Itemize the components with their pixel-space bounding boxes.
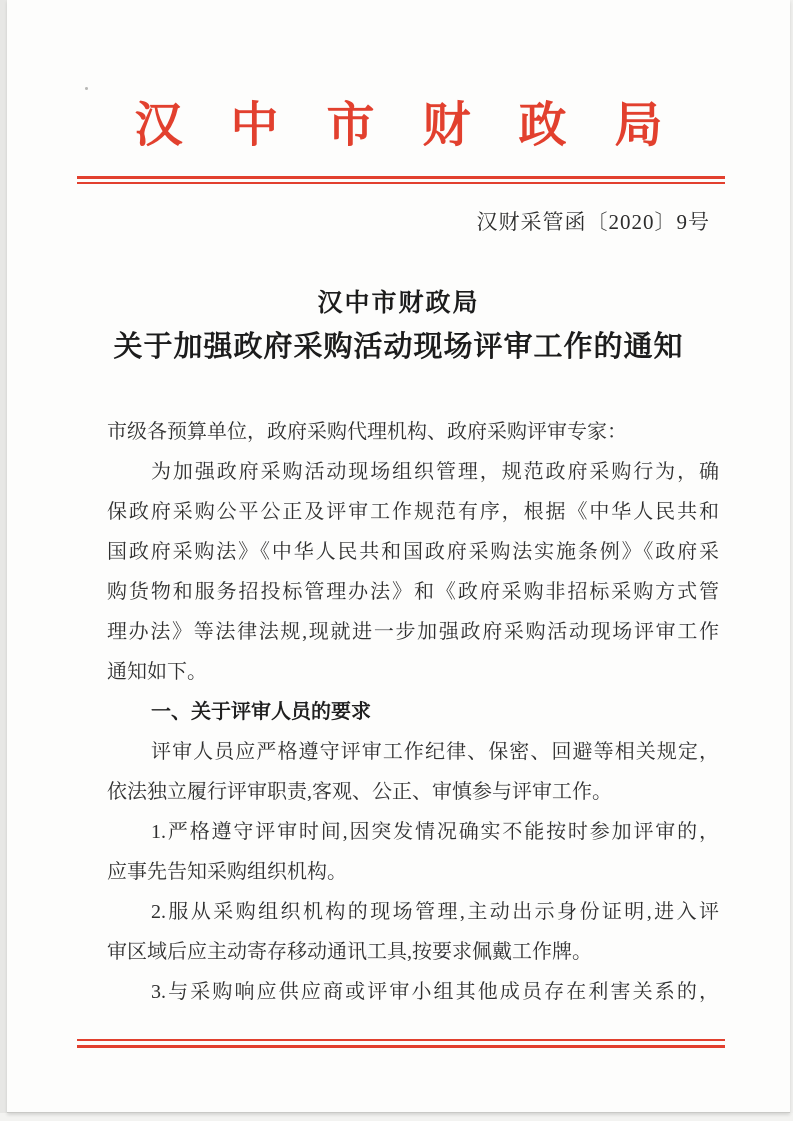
letterhead-double-rule: [77, 176, 725, 184]
document-page: 汉中市财政局 汉财采管函〔2020〕9号 汉中市财政局 关于加强政府采购活动现场…: [7, 0, 790, 1113]
body-line: 购货物和服务招投标管理办法》和《政府采购非招标采购方式管: [107, 572, 719, 612]
body-line: 3.与采购响应供应商或评审小组其他成员存在利害关系的，: [107, 972, 719, 1012]
body-line: 依法独立履行评审职责,客观、公正、审慎参与评审工作。: [107, 772, 719, 812]
body-line: 应事先告知采购组织机构。: [107, 852, 719, 892]
document-reference-number: 汉财采管函〔2020〕9号: [477, 206, 711, 236]
body-line: 保政府采购公平公正及评审工作规范有序，根据《中华人民共和: [107, 492, 719, 532]
body-line: 评审人员应严格遵守评审工作纪律、保密、回避等相关规定，: [107, 732, 719, 772]
body-line: 通知如下。: [107, 652, 719, 692]
document-body: 市级各预算单位，政府采购代理机构、政府采购评审专家： 为加强政府采购活动现场组织…: [107, 412, 719, 1012]
body-section-heading: 一、关于评审人员的要求: [107, 692, 719, 732]
body-line: 理办法》等法律法规,现就进一步加强政府采购活动现场评审工作: [107, 612, 719, 652]
body-line: 1.严格遵守评审时间,因突发情况确实不能按时参加评审的，: [107, 812, 719, 852]
body-line-salutation: 市级各预算单位，政府采购代理机构、政府采购评审专家：: [107, 412, 719, 452]
body-line: 国政府采购法》《中华人民共和国政府采购法实施条例》《政府采: [107, 532, 719, 572]
scan-speck: [85, 87, 88, 90]
scanned-document: { "colors": { "accent_red": "#e2402e", "…: [0, 0, 793, 1121]
body-line: 2.服从采购组织机构的现场管理,主动出示身份证明,进入评: [107, 892, 719, 932]
scan-edge-bottom: [0, 1113, 793, 1121]
letterhead-agency-title: 汉中市财政局: [7, 86, 790, 155]
body-line: 审区域后应主动寄存移动通讯工具,按要求佩戴工作牌。: [107, 932, 719, 972]
document-title-line-2: 关于加强政府采购活动现场评审工作的通知: [7, 324, 790, 365]
footer-double-rule: [77, 1039, 725, 1048]
body-line: 为加强政府采购活动现场组织管理，规范政府采购行为，确: [107, 452, 719, 492]
document-title-line-1: 汉中市财政局: [7, 283, 790, 319]
scan-edge-left: [0, 0, 7, 1121]
